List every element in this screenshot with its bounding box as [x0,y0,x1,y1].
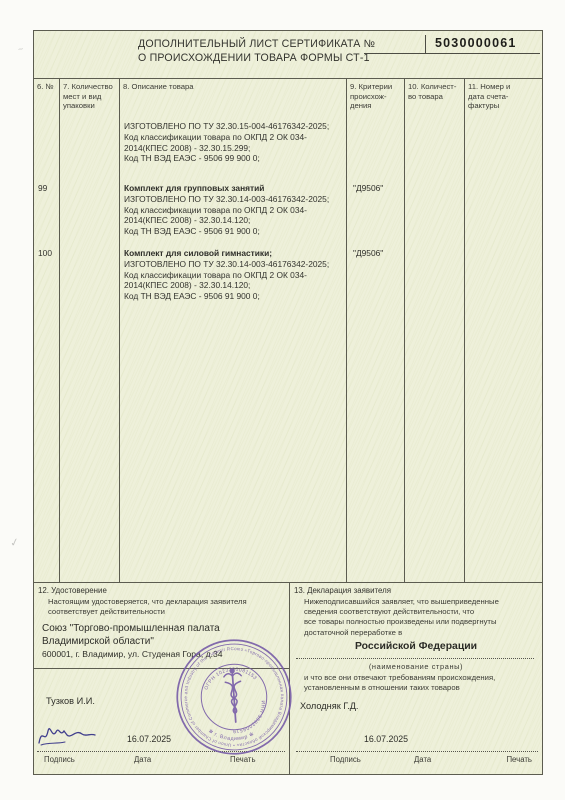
section-13-heading: 13. Декларация заявителя [294,586,391,595]
goods-description-block: ИЗГОТОВЛЕНО ПО ТУ 32.30.15-004-46176342-… [124,121,344,164]
goods-description-block: Комплект для групповых занятий ИЗГОТОВЛЕ… [124,183,344,237]
goods-details: ИЗГОТОВЛЕНО ПО ТУ 32.30.14-003-46176342-… [124,194,344,237]
certificate-title-line2: О ПРОИСХОЖДЕНИИ ТОВАРА ФОРМЫ СТ-1 [138,52,370,64]
row-number: 99 [38,183,47,193]
goods-details: ИЗГОТОВЛЕНО ПО ТУ 32.30.15-004-46176342-… [124,121,344,164]
goods-table: 6. № 7. Количество мест и вид упаковки 8… [34,79,542,583]
section-12-signer: Тузков И.И. [46,696,95,706]
col-header-10: 10. Количест- во товара [404,79,464,119]
goods-name: Комплект для групповых занятий [124,183,344,194]
col-10-quantity [404,119,464,583]
scanned-certificate-page: ~ ✓ z ДОПОЛНИТЕЛЬНЫЙ ЛИСТ СЕРТИФИКАТА № … [0,0,565,800]
goods-name: Комплект для силовой гимнастики; [124,248,344,259]
stamp-ring-text: Союз «Торгово-промышленная палата Владим… [170,633,288,752]
stamp-label: Печать [506,755,532,764]
date-label: Дата [414,755,431,764]
country-dotted-line [296,658,534,659]
col-8-descriptions: ИЗГОТОВЛЕНО ПО ТУ 32.30.15-004-46176342-… [119,119,346,583]
certificate-card: ДОПОЛНИТЕЛЬНЫЙ ЛИСТ СЕРТИФИКАТА № О ПРОИ… [33,30,543,775]
section-13-date: 16.07.2025 [290,734,482,744]
caduceus-icon [223,668,244,723]
col-6-numbers: 99 100 [34,119,59,583]
goods-description-block: Комплект для силовой гимнастики; ИЗГОТОВ… [124,248,344,302]
section-12-heading: 12. Удостоверение [38,586,107,595]
col-header-8: 8. Описание товара [119,79,346,119]
row-number: 100 [38,248,52,258]
certificate-number-tick [425,35,426,53]
section-13-dotted-line [296,751,538,752]
handwritten-signature [35,721,107,751]
chamber-round-stamp: Союз «Торгово-промышленная палата Владим… [170,633,298,761]
section-12-certification: 12. Удостоверение Настоящим удостоверяет… [34,583,290,774]
certificate-header: ДОПОЛНИТЕЛЬНЫЙ ЛИСТ СЕРТИФИКАТА № О ПРОИ… [34,31,542,79]
certificate-number-underline [364,53,540,54]
col-11-invoice [464,119,542,583]
origin-criteria: "Д9506" [353,183,383,193]
col-7-packages [59,119,119,583]
certificate-title-line1: ДОПОЛНИТЕЛЬНЫЙ ЛИСТ СЕРТИФИКАТА № [138,38,375,50]
section-13-text-2: и что все они отвечают требованиям проис… [304,673,495,693]
col-header-11: 11. Номер и дата счета- фактуры [464,79,542,119]
section-13-declaration: 13. Декларация заявителя Нижеподписавший… [290,583,542,774]
country-name: Российской Федерации [290,641,542,652]
col-header-9: 9. Критерии происхож- дения [346,79,404,119]
scan-smudge: ✓ [9,535,21,550]
signature-label: Подпись [44,755,75,764]
col-header-7: 7. Количество мест и вид упаковки [59,79,119,119]
date-label: Дата [134,755,151,764]
section-13-text: Нижеподписавшийся заявляет, что вышеприв… [304,597,499,638]
col-header-6: 6. № [34,79,59,119]
country-caption: (наименование страны) [290,662,542,671]
section-13-signer: Холодняк Г.Д. [300,701,358,711]
origin-criteria: "Д9506" [353,248,383,258]
col-9-criteria: "Д9506" "Д9506" [346,119,404,583]
certificate-number: 5030000061 [435,36,517,50]
scan-smudge: ~ [17,44,24,55]
signature-label: Подпись [330,755,361,764]
section-12-date: 16.07.2025 [127,734,171,744]
section-12-text: Настоящим удостоверяется, что декларация… [48,597,247,617]
svg-text:Союз «Торгово-промышленная пал: Союз «Торгово-промышленная палата Владим… [170,633,288,752]
goods-details: ИЗГОТОВЛЕНО ПО ТУ 32.30.14-003-46176342-… [124,259,344,302]
bottom-sections: 12. Удостоверение Настоящим удостоверяет… [34,582,542,774]
